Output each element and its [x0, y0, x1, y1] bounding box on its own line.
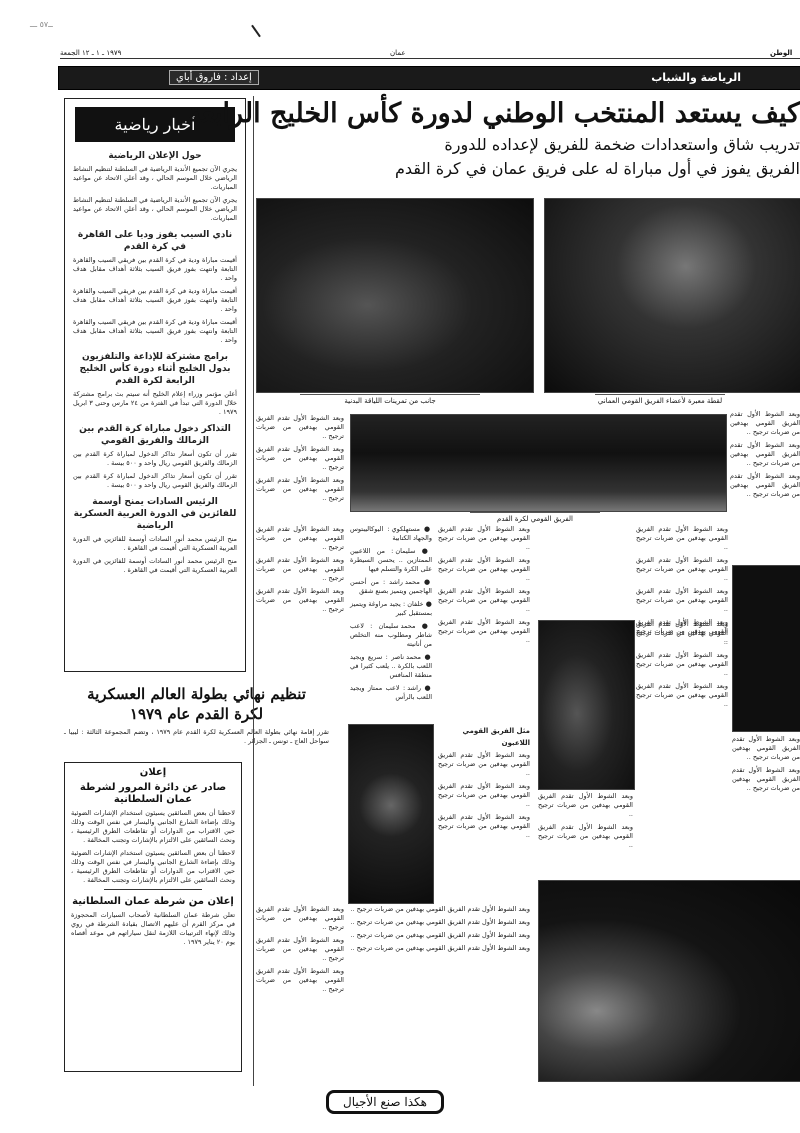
story-paragraph: وبعد الشوط الأول تقدم الفريق القومي بهدف… — [438, 618, 530, 645]
announcements-box: إعلان صادر عن دائرة المرور لشرطة عمان ال… — [64, 762, 242, 1072]
story-paragraph: وبعد الشوط الأول تقدم الفريق القومي بهدف… — [438, 782, 530, 809]
lead-subhead-1: تدريب شاق واستعدادات ضخمة للفريق لإعداده… — [252, 134, 800, 156]
goalkeeper-photo — [348, 724, 434, 904]
column-rule — [253, 96, 254, 1086]
masthead-city: عمان — [390, 49, 406, 57]
lead-headline: كيف يستعد المنتخب الوطني لدورة كأس الخلي… — [252, 98, 800, 130]
player-item: محمد راشد : من أحسن الهاجمين ويتميز بصنع… — [350, 578, 432, 596]
player-item: راشد : لاعب ممتاز ويجيد اللعب بالرأس — [350, 684, 432, 702]
news-item-body: تقرر أن تكون أسعار تذاكر الدخول لمباراة … — [73, 472, 237, 490]
announcement-title: صادر عن دائرة المرور لشرطة عمان السلطاني… — [71, 782, 235, 806]
story-paragraph: وبعد الشوط الأول تقدم الفريق القومي بهدف… — [538, 823, 633, 850]
player-item: محمد ناصر : سريع ويجيد اللعب بالكرة .. ي… — [350, 653, 432, 680]
section-title: الرياضة والشباب — [651, 71, 741, 84]
story-paragraph: وبعد الشوط الأول تقدم الفريق القومي بهدف… — [538, 792, 633, 819]
story-paragraph: وبعد الشوط الأول تقدم الفريق القومي بهدف… — [256, 525, 344, 552]
sports-news-box: أخبار رياضية حول الإعلان الرياضية يجري ا… — [64, 98, 246, 672]
announcement-2-title: إعلان من شرطة عمان السلطانية — [71, 896, 235, 908]
story-paragraph: وبعد الشوط الأول تقدم الفريق القومي بهدف… — [256, 936, 344, 963]
team-photo-caption: الفريق القومي لكرة القدم — [470, 512, 600, 523]
story-paragraph: وبعد الشوط الأول تقدم الفريق القومي بهدف… — [636, 651, 728, 678]
masthead-date: ١٩٧٩ ـ ١ ـ ١٢ الجمعة — [60, 49, 121, 57]
training-photo-caption: جانب من تمرينات اللياقة البدنية — [300, 394, 480, 405]
national-team-photo — [350, 414, 727, 512]
masthead-rule — [60, 58, 800, 59]
announcement-body: لاحظنا أن بعض السائقين يسيئون استخدام ال… — [71, 809, 235, 885]
news-item-body: تقرر أن تكون أسعار تذاكر الدخول لمباراة … — [73, 450, 237, 468]
team-huddle-photo — [544, 198, 800, 393]
huddle-photo-caption: لقطة معبرة لأعضاء الفريق القومي العماني — [595, 394, 725, 405]
military-story: تنظيم نهائي بطولة العالم العسكرية لكرة ا… — [64, 684, 329, 746]
story-column: وبعد الشوط الأول تقدم الفريق القومي بهدف… — [538, 792, 633, 854]
story-paragraph: وبعد الشوط الأول تقدم الفريق القومي بهدف… — [636, 620, 728, 647]
story-paragraph: وبعد الشوط الأول تقدم الفريق القومي بهدف… — [438, 813, 530, 840]
player-item: محمد سليمان : لاعب شاطر ومطلوب منه التخل… — [350, 622, 432, 649]
announcement-2-body: تعلن شرطة عمان السلطانية لأصحاب السيارات… — [71, 911, 235, 947]
story-paragraph: وبعد الشوط الأول تقدم الفريق القومي بهدف… — [438, 556, 530, 583]
masthead-paper: الوطن — [770, 49, 792, 57]
player-item: خلفان : يجيد مراوغة ويتميز بمستقبل كبير — [350, 600, 432, 618]
news-item-body: يجري الآن تجميع الأندية الرياضية في السل… — [73, 165, 237, 192]
story-paragraph: وبعد الشوط الأول تقدم الفريق القومي بهدف… — [256, 476, 344, 503]
footer-stamp: هكذا صنع الأجيال — [326, 1090, 444, 1114]
story-column: وبعد الشوط الأول تقدم الفريق القومي بهدف… — [350, 905, 530, 957]
story-paragraph: وبعد الشوط الأول تقدم الفريق القومي بهدف… — [256, 905, 344, 932]
news-item-body: منح الرئيس محمد أنور السادات أوسمة للفائ… — [73, 557, 237, 575]
story-paragraph: وبعد الشوط الأول تقدم الفريق القومي بهدف… — [636, 556, 728, 583]
story-paragraph: وبعد الشوط الأول تقدم الفريق القومي بهدف… — [256, 445, 344, 472]
news-item-title: حول الإعلان الرياضية — [73, 150, 237, 162]
story-paragraph: وبعد الشوط الأول تقدم الفريق القومي بهدف… — [730, 410, 800, 437]
news-item-title: التذاكر دخول مباراة كرة القدم بين الزمال… — [73, 423, 237, 447]
news-item-title: الرئيس السادات يمنح أوسمة للفائزين في ال… — [73, 496, 237, 532]
story-column: وبعد الشوط الأول تقدم الفريق القومي بهدف… — [256, 414, 344, 507]
story-column: وبعد الشوط الأول تقدم الفريق القومي بهدف… — [438, 525, 530, 649]
story-paragraph: وبعد الشوط الأول تقدم الفريق القومي بهدف… — [730, 472, 800, 499]
military-headline-1: تنظيم نهائي بطولة العالم العسكرية — [64, 684, 329, 704]
story-paragraph: وبعد الشوط الأول تقدم الفريق القومي بهدف… — [256, 414, 344, 441]
lineup-column: مثل الفريق القومي اللاعبون وبعد الشوط ال… — [438, 725, 530, 844]
story-column: وبعد الشوط الأول تقدم الفريق القومي بهدف… — [636, 620, 728, 713]
news-item-body: منح الرئيس محمد أنور السادات أوسمة للفائ… — [73, 535, 237, 553]
story-column: وبعد الشوط الأول تقدم الفريق القومي بهدف… — [730, 410, 800, 503]
story-paragraph: وبعد الشوط الأول تقدم الفريق القومي بهدف… — [636, 525, 728, 552]
story-paragraph: وبعد الشوط الأول تقدم الفريق القومي بهدف… — [732, 766, 800, 793]
story-paragraph: وبعد الشوط الأول تقدم الفريق القومي بهدف… — [730, 441, 800, 468]
news-item-title: نادي السيب يفوز وديا على القاهرة في كرة … — [73, 229, 237, 253]
match-photo-right — [732, 565, 800, 732]
story-paragraph: وبعد الشوط الأول تقدم الفريق القومي بهدف… — [438, 751, 530, 778]
match-photo-small — [538, 620, 635, 790]
scan-stroke — [251, 25, 261, 38]
story-column: وبعد الشوط الأول تقدم الفريق القومي بهدف… — [732, 735, 800, 797]
news-item-body: يجري الآن تجميع الأندية الرياضية في السل… — [73, 196, 237, 223]
story-paragraph: وبعد الشوط الأول تقدم الفريق القومي بهدف… — [256, 967, 344, 994]
match-action-photo — [538, 880, 800, 1082]
announcement-label: إعلان — [71, 767, 235, 779]
lineup-title: مثل الفريق القومي اللاعبون — [438, 725, 530, 749]
story-paragraph: وبعد الشوط الأول تقدم الفريق القومي بهدف… — [438, 587, 530, 614]
story-paragraph: وبعد الشوط الأول تقدم الفريق القومي بهدف… — [256, 587, 344, 614]
section-band: الرياضة والشباب إعداد : فاروق أباي — [58, 66, 800, 90]
story-column: وبعد الشوط الأول تقدم الفريق القومي بهدف… — [256, 525, 344, 618]
story-paragraph: وبعد الشوط الأول تقدم الفريق القومي بهدف… — [732, 735, 800, 762]
story-paragraph: وبعد الشوط الأول تقدم الفريق القومي بهدف… — [350, 944, 530, 953]
player-item: سليمان : من اللاعبين الممتازين .. يحسن ا… — [350, 547, 432, 574]
news-item-title: برامج مشتركة للإذاعة والتلفزيون بدول الخ… — [73, 351, 237, 387]
story-paragraph: وبعد الشوط الأول تقدم الفريق القومي بهدف… — [438, 525, 530, 552]
story-paragraph: وبعد الشوط الأول تقدم الفريق القومي بهدف… — [350, 905, 530, 914]
news-item-body: أقيمت مباراة ودية في كرة القدم بين فريقي… — [73, 256, 237, 283]
scan-mark: ــ٥٧ ـــ — [30, 20, 53, 29]
byline: إعداد : فاروق أباي — [169, 70, 259, 85]
story-paragraph: وبعد الشوط الأول تقدم الفريق القومي بهدف… — [256, 556, 344, 583]
training-photo — [256, 198, 534, 393]
player-item: مستهلكوي : اليوكاليبتوس والجهاد الكتابية — [350, 525, 432, 543]
news-item-body: أقيمت مباراة ودية في كرة القدم بين فريقي… — [73, 318, 237, 345]
story-column: وبعد الشوط الأول تقدم الفريق القومي بهدف… — [256, 905, 344, 998]
story-paragraph: وبعد الشوط الأول تقدم الفريق القومي بهدف… — [350, 931, 530, 940]
lead-subhead-2: الفريق يفوز في أول مباراة له على فريق عم… — [252, 158, 800, 180]
story-paragraph: وبعد الشوط الأول تقدم الفريق القومي بهدف… — [350, 918, 530, 927]
story-paragraph: وبعد الشوط الأول تقدم الفريق القومي بهدف… — [636, 682, 728, 709]
divider — [104, 889, 202, 890]
news-item-body: أقيمت مباراة ودية في كرة القدم بين فريقي… — [73, 287, 237, 314]
military-body: تقرر إقامة نهائي بطولة العالم العسكرية ل… — [64, 728, 329, 746]
players-list: مستهلكوي : اليوكاليبتوس والجهاد الكتابية… — [350, 525, 432, 706]
announcement-paragraph: لاحظنا أن بعض السائقين يسيئون استخدام ال… — [71, 809, 235, 845]
story-paragraph: وبعد الشوط الأول تقدم الفريق القومي بهدف… — [636, 587, 728, 614]
news-item-body: أعلن مؤتمر وزراء إعلام الخليج أنه سيتم ب… — [73, 390, 237, 417]
announcement-paragraph: لاحظنا أن بعض السائقين يسيئون استخدام ال… — [71, 849, 235, 885]
military-headline-2: لكرة القدم عام ١٩٧٩ — [64, 704, 329, 724]
